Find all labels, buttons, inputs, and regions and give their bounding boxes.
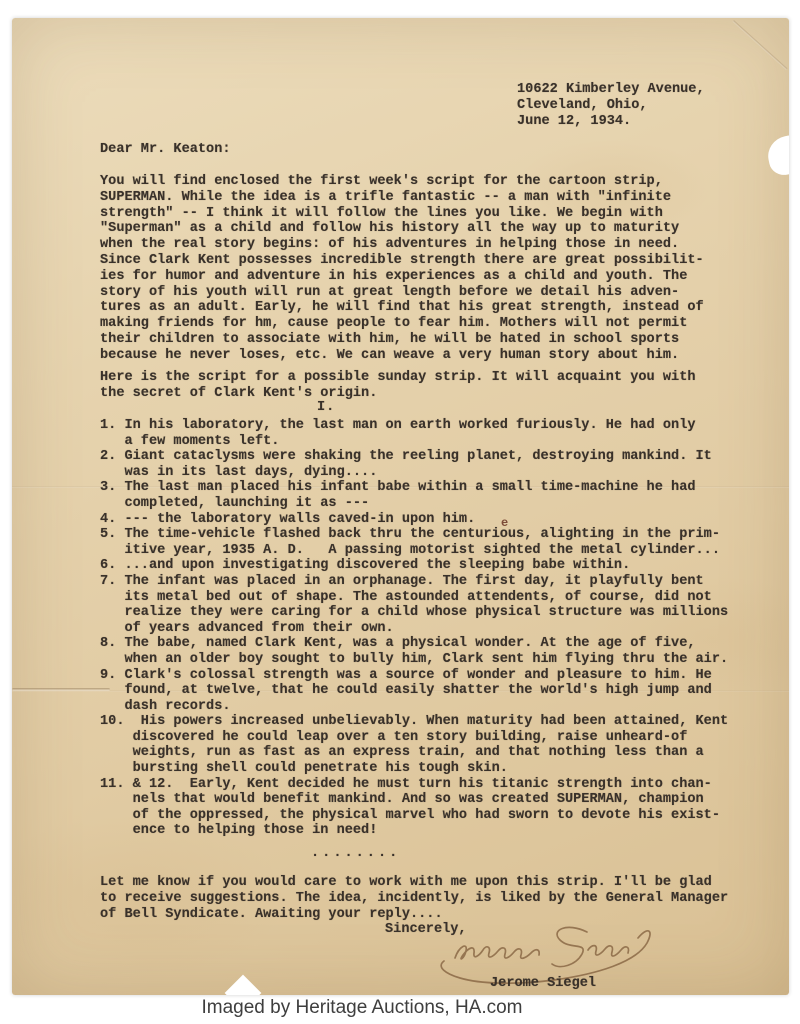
body-paragraph-1: You will find enclosed the first week's … <box>100 174 704 364</box>
script-panel-line: 8. The babe, named Clark Kent, was a phy… <box>100 636 728 652</box>
script-panel-line: of the oppressed, the physical marvel wh… <box>100 808 728 824</box>
script-panel-line: of years advanced from their own. <box>100 621 728 637</box>
letter-line: Since Clark Kent possesses incredible st… <box>100 253 704 269</box>
separator-text: ........ <box>311 846 400 862</box>
scan-background: 10622 Kimberley Avenue,Cleveland, Ohio,J… <box>0 0 800 1024</box>
script-panel-line: 5. The time-vehicle flashed back thru th… <box>100 527 728 543</box>
edge-notch-bottom <box>225 975 262 995</box>
script-panel-line: 2. Giant cataclysms were shaking the ree… <box>100 449 728 465</box>
closing-paragraph: Let me know if you would care to work wi… <box>100 875 728 922</box>
script-panel-line: 3. The last man placed his infant babe w… <box>100 480 728 496</box>
corner-crease <box>733 20 788 70</box>
script-panel-line: 4. --- the laboratory walls caved-in upo… <box>100 512 728 528</box>
script-panel-line: 11. & 12. Early, Kent decided he must tu… <box>100 777 728 793</box>
script-panel-list: 1. In his laboratory, the last man on ea… <box>100 418 728 839</box>
letter-line: their children to associate with him, he… <box>100 332 704 348</box>
script-panel-line: 1. In his laboratory, the last man on ea… <box>100 418 728 434</box>
letter-line: when the real story begins: of his adven… <box>100 237 704 253</box>
letter-line: "Superman" as a child and follow his his… <box>100 221 704 237</box>
script-panel-line: 6. ...and upon investigating discovered … <box>100 558 728 574</box>
address-line: 10622 Kimberley Avenue, <box>517 82 705 98</box>
typed-name-text: Jerome Siegel <box>490 976 596 992</box>
script-panel-line: itive year, 1935 A. D. A passing motoris… <box>100 543 728 559</box>
dotted-separator: ........ <box>311 846 400 862</box>
letter-paper: 10622 Kimberley Avenue,Cleveland, Ohio,J… <box>12 18 789 995</box>
script-panel-line: 9. Clark's colossal strength was a sourc… <box>100 668 728 684</box>
address-line: Cleveland, Ohio, <box>517 98 705 114</box>
script-panel-line: weights, run as fast as an express train… <box>100 745 728 761</box>
salutation: Dear Mr. Keaton: <box>100 142 231 158</box>
letter-line: the secret of Clark Kent's origin. <box>100 386 696 402</box>
script-panel-line: nels that would benefit mankind. And so … <box>100 792 728 808</box>
address-line: June 12, 1934. <box>517 114 705 130</box>
letter-line: ies for humor and adventure in his exper… <box>100 269 704 285</box>
letter-line: You will find enclosed the first week's … <box>100 174 704 190</box>
typed-signature-name: Jerome Siegel <box>490 976 596 992</box>
script-panel-line: 7. The infant was placed in an orphanage… <box>100 574 728 590</box>
script-panel-line: when an older boy sought to bully him, C… <box>100 652 728 668</box>
script-panel-line: ence to helping those in need! <box>100 823 728 839</box>
letter-line: Let me know if you would care to work wi… <box>100 875 728 891</box>
script-panel-line: bursting shell could penetrate his tough… <box>100 761 728 777</box>
letter-line: Here is the script for a possible sunday… <box>100 370 696 386</box>
script-panel-line: was in its last days, dying.... <box>100 465 728 481</box>
script-panel-line: 10. His powers increased unbelievably. W… <box>100 714 728 730</box>
letter-line: SUPERMAN. While the idea is a trifle fan… <box>100 190 704 206</box>
section-heading-text: I. <box>317 400 335 416</box>
address-block: 10622 Kimberley Avenue,Cleveland, Ohio,J… <box>517 82 705 129</box>
body-paragraph-2: Here is the script for a possible sunday… <box>100 370 696 402</box>
footer-caption: Imaged by Heritage Auctions, HA.com <box>0 997 724 1019</box>
script-panel-line: its metal bed out of shape. The astounde… <box>100 590 728 606</box>
salutation-text: Dear Mr. Keaton: <box>100 142 231 158</box>
edge-tear-right <box>764 132 789 177</box>
letter-line: to receive suggestions. The idea, incide… <box>100 891 728 907</box>
letter-line: strength" -- I think it will follow the … <box>100 206 704 222</box>
script-panel-line: completed, launching it as --- <box>100 496 728 512</box>
section-heading: I. <box>317 400 335 416</box>
script-panel-line: dash records. <box>100 699 728 715</box>
script-panel-line: discovered he could leap over a ten stor… <box>100 730 728 746</box>
typed-correction-e: e <box>501 516 508 530</box>
script-panel-line: found, at twelve, that he could easily s… <box>100 683 728 699</box>
letter-line: story of his youth will run at great len… <box>100 285 704 301</box>
letter-line: tures as an adult. Early, he will find t… <box>100 300 704 316</box>
fold-tear-left <box>12 688 110 691</box>
letter-line: making friends for hm, cause people to f… <box>100 316 704 332</box>
script-panel-line: realize they were caring for a child who… <box>100 605 728 621</box>
script-panel-line: a few moments left. <box>100 434 728 450</box>
letter-line: because he never loses, etc. We can weav… <box>100 348 704 364</box>
